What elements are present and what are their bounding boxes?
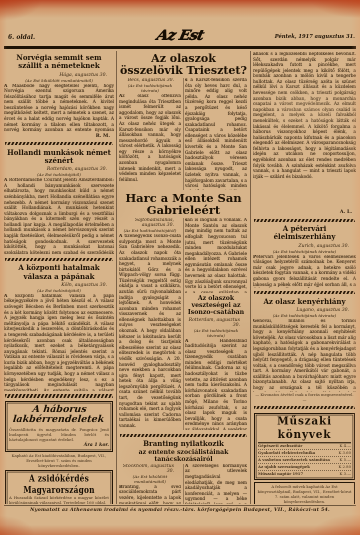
battle-article: Sajtóhadiszállás, augusztus 30. (Az Est … — [119, 218, 248, 430]
ad-title: A háborus lakbérrendeletek — [8, 405, 110, 425]
section-divider — [5, 258, 113, 261]
byline-credit: (Az Est tudósitójának távirata) — [253, 249, 356, 254]
byline-credit: (Az Est kiküldött munkatársától) — [119, 474, 181, 484]
branting-subcol-1: Stockholm, augusztus 30. (Az Est kiküldö… — [119, 464, 181, 504]
footer-rule — [4, 505, 356, 506]
section-divider — [254, 406, 355, 409]
article-body: Az olasz offenziva megindulása óta Tries… — [119, 94, 181, 190]
byline-credit: (Az Est tudósitójának távirata) — [185, 328, 247, 338]
column-layout: Norvégia semmit sem szállit a németeknek… — [4, 51, 356, 504]
dateline: Rotterdam, augusztus 30. — [185, 318, 247, 328]
battle-subcol-1: Sajtóhadiszállás, augusztus 30. (Az Est … — [119, 218, 181, 430]
reprint-note: — Kivonatos átvétel csak a forrás megnev… — [255, 393, 354, 402]
right-column: állások s a legközelebbi népfölkelés bev… — [253, 51, 356, 504]
ad-title: Műszaki könyvek — [258, 414, 351, 443]
dateline: Sajtóhadiszállás, augusztus 30. — [119, 218, 181, 228]
ad-price: Ára 1 kor. — [9, 443, 109, 448]
book-price: K 2.80 — [339, 465, 352, 470]
ad-body: Összeállitotta és magyarázta dr. Pongrác… — [9, 427, 109, 442]
imprint-footer: Nyomatott az Athenaeum irodalmi és nyomd… — [0, 508, 360, 513]
book-price: K 3.60 — [339, 451, 352, 456]
dateline: Stockholm, augusztus 30. — [119, 464, 181, 474]
center-column: Az olaszok összelövik Triesztet? Bécs, a… — [119, 51, 248, 504]
book-item: Az ujabb szerszámgépek K 2.80 — [258, 464, 351, 471]
book-name: Műszaki naptár 1917 — [258, 472, 303, 477]
ad-note: Kapható Az Est kiadóhivatalában, Budapes… — [6, 454, 112, 468]
article-title: Norvégia semmit sem szállit a németeknek — [6, 54, 112, 71]
byline-credit: (Az Est tudósitójának távirata) — [253, 313, 356, 318]
section-divider — [5, 394, 113, 397]
article-title: Az olasz kenyérhiány — [255, 298, 354, 306]
branting-subcol-2: A szövetséges kormányok az utlevelek meg… — [185, 464, 247, 504]
article-body: Genovai, milánói és torinói munkásküldöt… — [253, 319, 356, 392]
book-price: K 5.— — [340, 458, 351, 463]
branting-headline-2: az entente szociálistáinak tanácskozásai… — [120, 449, 247, 463]
masthead-logo: Az Est — [155, 27, 205, 44]
column-rule — [250, 51, 251, 504]
jewish-question-ad: A zsidókérdés Magyarországon A Huszadik … — [5, 470, 113, 504]
section-divider — [254, 291, 355, 294]
book-name: Az ujabb szerszámgépek — [258, 465, 310, 470]
signature: R. M. — [4, 133, 114, 139]
byline-credit: (Az Est tudósitójától) — [4, 172, 114, 177]
book-name: Gyakorlati elektrotechnika — [258, 451, 315, 456]
lead-subcol-2: s a Karszt-fensikon szerda óta oly heves… — [185, 78, 247, 190]
branting-headline-1: Branting nyilatkozik — [121, 440, 246, 448]
article-body: Branting, a svéd szociáldemokrata párt v… — [119, 485, 181, 504]
battle-subcol-2: san is inognak a vonalak. A Monte Santón… — [185, 218, 247, 430]
book-item: Műszaki naptár 1917 K 3.— — [258, 471, 351, 477]
article-title: A pétervári élelmiszerhiány — [255, 225, 354, 242]
ad-body: A Huszadik Század körkérdése a magyar kö… — [9, 495, 109, 504]
battle-headline: Harc a Monte San Gabrieleért — [119, 192, 248, 216]
sub-article-title: Az olaszok veszteségei az Isonzo-csatába… — [186, 295, 246, 316]
rent-decrees-ad: A háborus lakbérrendeletek Összeállitott… — [5, 401, 113, 452]
byline-credit: (Az Est haditudósitójától) — [119, 228, 181, 233]
book-price: K 4.— — [340, 444, 351, 449]
subcolumn-rule — [183, 464, 184, 504]
books-availability-box: A felsorolt művek kaphatók Az Est könyvo… — [254, 482, 355, 504]
article-body: A tizenegyedik Isonzo-csata sulypontja m… — [119, 234, 181, 430]
issue-date: Péntek, 1917 augusztus 31. — [275, 34, 355, 40]
book-name: Gépészeti zsebszótár — [258, 444, 302, 449]
technical-books-ad: Műszaki könyvek Gépészeti zsebszótár K 4… — [254, 413, 355, 480]
book-price: K 3.— — [340, 472, 351, 477]
article-body: A Maasbode nagy elégtétellel jelenti, ho… — [4, 84, 114, 133]
newspaper-page: 6. oldal. Az Est Péntek, 1917 augusztus … — [0, 0, 360, 535]
column-rule — [116, 51, 117, 504]
article-body: Pétervári jelentések a város élelmezésén… — [253, 255, 356, 288]
branting-article: Stockholm, augusztus 30. (Az Est kiküldö… — [119, 464, 248, 504]
article-body: A Handelsblad haditudósitója szerint az … — [185, 339, 247, 431]
section-divider — [5, 142, 113, 145]
article-body: san is inognak a vonalak. A Monte Santón… — [185, 218, 247, 293]
article-body: A központi hatalmak válasza a pápa békej… — [4, 294, 114, 391]
section-divider — [254, 219, 355, 222]
lead-subcol-1: Bécs, augusztus 30. (Az Est tudósitójána… — [119, 78, 181, 190]
article-continuation: állások s a legközelebbi népfölkelés bev… — [253, 52, 356, 209]
lead-headline: Az olaszok összelövik Triesztet? — [119, 53, 248, 76]
book-item: A vasbeton szerkezetek számitása K 5.— — [258, 457, 351, 464]
article-title: A központi hatalmak válasza a pápának — [6, 264, 112, 281]
subcolumn-rule — [183, 78, 184, 190]
section-divider — [120, 434, 247, 437]
page-header: 6. oldal. Az Est Péntek, 1917 augusztus … — [5, 27, 355, 46]
header-rule — [4, 46, 356, 49]
article-title: Hollandi munkások német szénért — [6, 149, 112, 166]
byline-credit: (Az Est tudósitójától) — [4, 288, 114, 293]
left-column: Norvégia semmit sem szállit a németeknek… — [4, 51, 114, 504]
signature: A. L. — [253, 209, 356, 215]
byline-credit: (Az Est tudósitójának távirata) — [119, 83, 181, 93]
subcolumn-rule — [183, 218, 184, 430]
page-number: 6. oldal. — [8, 34, 35, 41]
lead-article: Bécs, augusztus 30. (Az Est tudósitójána… — [119, 78, 248, 190]
byline-credit: (Az Est kiküldött munkatársától) — [4, 78, 114, 83]
ad-title: A zsidókérdés Magyarországon — [9, 473, 109, 496]
article-body: A Rotterdamsche Courant jelenti Amszterd… — [4, 178, 114, 254]
book-name: A vasbeton szerkezetek számitása — [258, 458, 330, 463]
